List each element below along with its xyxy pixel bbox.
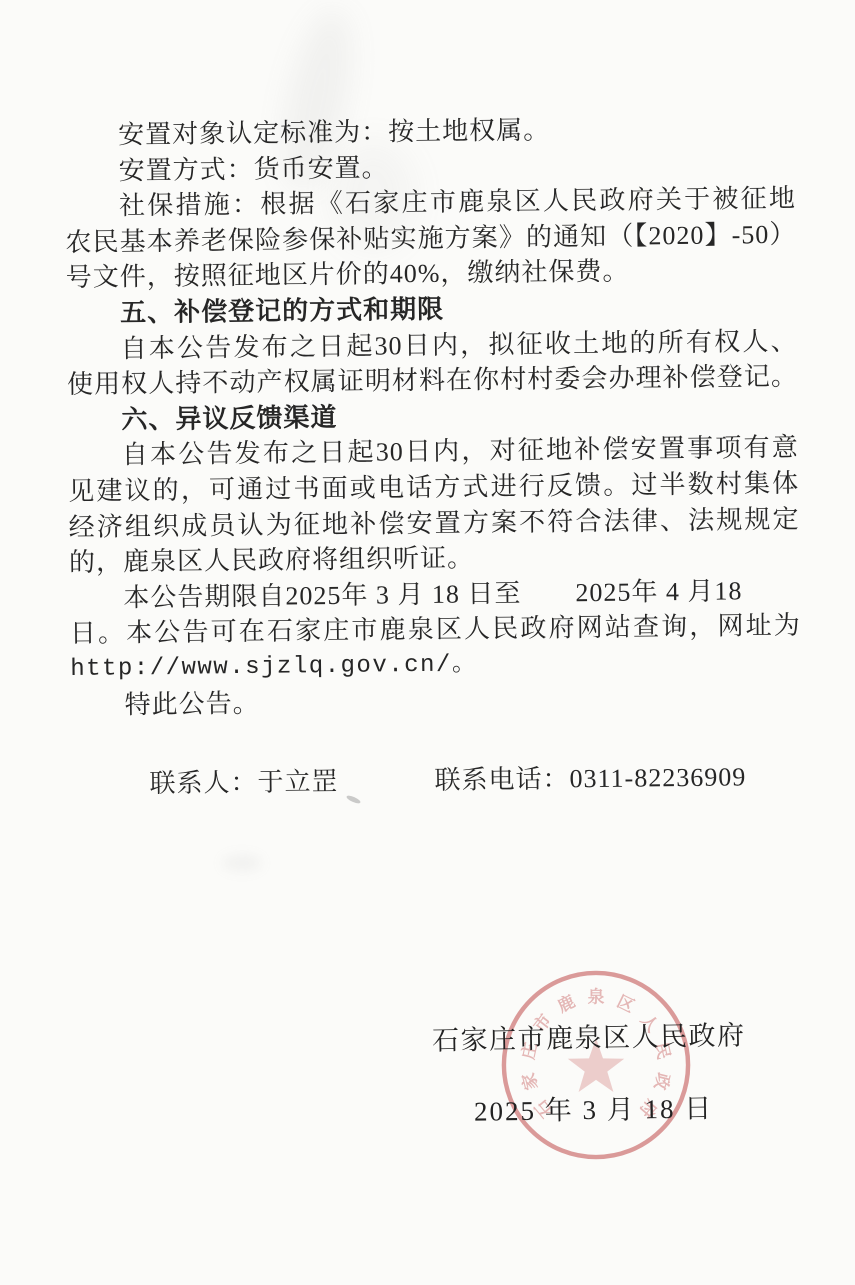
official-seal: 石家庄市鹿泉区人民政府 <box>497 966 695 1164</box>
scan-artifact <box>222 855 262 871</box>
document-line: 特此公告。 <box>70 679 801 723</box>
contact-line: 联系人：于立罡 联系电话：0311-82236909 <box>71 756 802 801</box>
seal-arc-char: 区 <box>614 992 638 1017</box>
announcement-body: 安置对象认定标准为：按土地权属。安置方式：货币安置。社保措施：根据《石家庄市鹿泉… <box>64 110 803 801</box>
seal-arc-char: 鹿 <box>554 991 578 1016</box>
issuer-signature: 石家庄市鹿泉区人民政府 <box>432 1013 746 1057</box>
contact-person: 联系人：于立罡 <box>149 761 338 800</box>
seal-arc-char: 泉 <box>588 987 605 1007</box>
scanned-announcement-page: 安置对象认定标准为：按土地权属。安置方式：货币安置。社保措施：根据《石家庄市鹿泉… <box>0 0 855 1285</box>
announcement-lines: 安置对象认定标准为：按土地权属。安置方式：货币安置。社保措施：根据《石家庄市鹿泉… <box>64 110 802 723</box>
issue-date: 2025 年 3 月 18 日 <box>474 1086 714 1128</box>
contact-phone: 联系电话：0311-82236909 <box>434 756 746 797</box>
